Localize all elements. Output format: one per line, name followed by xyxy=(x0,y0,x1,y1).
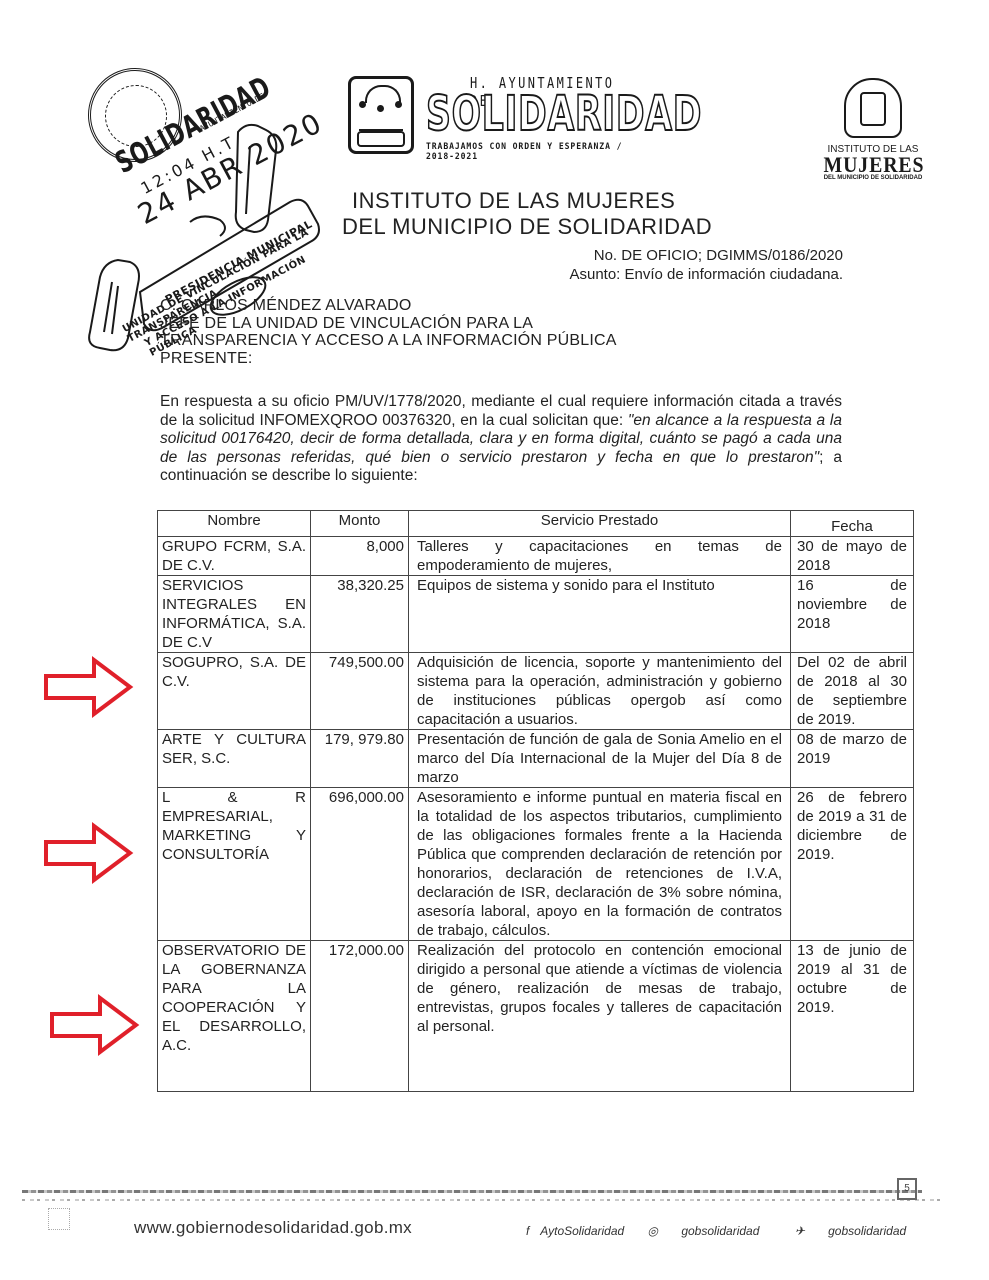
footer-divider-secondary xyxy=(22,1199,942,1201)
oficio-number: No. DE OFICIO; DGIMMS/0186/2020 xyxy=(569,246,843,265)
table-row: SOGUPRO, S.A. DE C.V.749,500.00Adquisici… xyxy=(158,653,914,730)
recipient-title-line1: JEFE DE LA UNIDAD DE VINCULACIÓN PARA LA xyxy=(160,315,617,333)
recipient-greeting: PRESENTE: xyxy=(160,350,617,368)
cell-servicio: Asesoramiento e informe puntual en mater… xyxy=(409,788,791,941)
institute-logo-line2: MUJERES xyxy=(824,155,923,175)
cell-monto: 172,000.00 xyxy=(311,941,409,1092)
table-header-row: Nombre Monto Servicio Prestado Fecha xyxy=(158,511,914,537)
table-row: GRUPO FCRM, S.A. DE C.V.8,000Talleres y … xyxy=(158,537,914,576)
column-header-nombre: Nombre xyxy=(158,511,311,537)
cell-monto: 38,320.25 xyxy=(311,576,409,653)
column-header-monto: Monto xyxy=(311,511,409,537)
footer-social-links: f AytoSolidaridad ◎ gobsolidaridad ✈ gob… xyxy=(526,1224,930,1238)
facebook-link[interactable]: f AytoSolidaridad xyxy=(526,1224,624,1238)
institute-title-line1: INSTITUTO DE LAS MUJERES xyxy=(352,188,712,214)
red-arrow-icon xyxy=(42,822,134,884)
institute-glyph-icon xyxy=(844,78,902,138)
institute-title-line2: DEL MUNICIPIO DE SOLIDARIDAD xyxy=(342,214,712,240)
column-header-fecha: Fecha xyxy=(791,511,914,537)
recipient-name: C. CARLOS MÉNDEZ ALVARADO xyxy=(160,297,617,315)
cell-fecha: 16 de noviembre de 2018 xyxy=(791,576,914,653)
municipality-name: SOLIDARIDAD xyxy=(426,90,702,138)
cell-monto: 179, 979.80 xyxy=(311,730,409,788)
oficio-block: No. DE OFICIO; DGIMMS/0186/2020 Asunto: … xyxy=(569,246,843,284)
cell-fecha: Del 02 de abril de 2018 al 30 de septiem… xyxy=(791,653,914,730)
oficio-subject: Asunto: Envío de información ciudadana. xyxy=(569,265,843,284)
red-arrow-icon xyxy=(48,994,140,1056)
institute-title: INSTITUTO DE LAS MUJERES DEL MUNICIPIO D… xyxy=(352,188,712,240)
instagram-handle: gobsolidaridad xyxy=(681,1224,759,1238)
table-row: L & R EMPRESARIAL, MARKETING Y CONSULTOR… xyxy=(158,788,914,941)
payments-table: Nombre Monto Servicio Prestado Fecha GRU… xyxy=(157,510,914,1092)
cell-nombre: OBSERVATORIO DE LA GOBERNANZA PARA LA CO… xyxy=(158,941,311,1092)
recipient-block: C. CARLOS MÉNDEZ ALVARADO JEFE DE LA UNI… xyxy=(160,297,617,367)
cell-nombre: SERVICIOS INTEGRALES EN INFORMÁTICA, S.A… xyxy=(158,576,311,653)
cell-nombre: L & R EMPRESARIAL, MARKETING Y CONSULTOR… xyxy=(158,788,311,941)
instagram-link[interactable]: ◎ gobsolidaridad xyxy=(648,1224,772,1238)
twitter-handle: gobsolidaridad xyxy=(828,1224,906,1238)
cell-monto: 696,000.00 xyxy=(311,788,409,941)
cell-servicio: Talleres y capacitaciones en temas de em… xyxy=(409,537,791,576)
cell-monto: 749,500.00 xyxy=(311,653,409,730)
cell-nombre: GRUPO FCRM, S.A. DE C.V. xyxy=(158,537,311,576)
mayan-glyph-icon xyxy=(348,76,414,154)
cell-nombre: SOGUPRO, S.A. DE C.V. xyxy=(158,653,311,730)
cell-fecha: 13 de junio de 2019 al 31 de octubre de … xyxy=(791,941,914,1092)
footer-divider xyxy=(22,1190,922,1193)
cell-nombre: ARTE Y CULTURA SER, S.C. xyxy=(158,730,311,788)
cell-fecha: 08 de marzo de 2019 xyxy=(791,730,914,788)
recipient-title-line2: TRANSPARENCIA Y ACCESO A LA INFORMACIÓN … xyxy=(160,332,617,350)
twitter-link[interactable]: ✈ gobsolidaridad xyxy=(795,1224,918,1238)
cell-servicio: Presentación de función de gala de Sonia… xyxy=(409,730,791,788)
page-number-mark: 5 xyxy=(897,1178,917,1200)
cell-servicio: Adquisición de licencia, soporte y mante… xyxy=(409,653,791,730)
instagram-icon: ◎ xyxy=(648,1224,670,1238)
body-paragraph: En respuesta a su oficio PM/UV/1778/2020… xyxy=(160,393,842,486)
cell-monto: 8,000 xyxy=(311,537,409,576)
table-row: ARTE Y CULTURA SER, S.C.179, 979.80Prese… xyxy=(158,730,914,788)
table-row: SERVICIOS INTEGRALES EN INFORMÁTICA, S.A… xyxy=(158,576,914,653)
footer-emblem-icon xyxy=(48,1208,70,1230)
footer-website-link[interactable]: www.gobiernodesolidaridad.gob.mx xyxy=(134,1218,412,1238)
column-header-servicio: Servicio Prestado xyxy=(409,511,791,537)
cell-servicio: Equipos de sistema y sonido para el Inst… xyxy=(409,576,791,653)
red-arrow-icon xyxy=(42,656,134,718)
cell-fecha: 30 de mayo de 2018 xyxy=(791,537,914,576)
twitter-icon: ✈ xyxy=(795,1224,816,1238)
cell-servicio: Realización del protocolo en contención … xyxy=(409,941,791,1092)
municipality-logo: H. AYUNTAMIENTO DE SOLIDARIDAD TRABAJAMO… xyxy=(348,72,668,158)
institute-logo: INSTITUTO DE LAS MUJERES DEL MUNICIPIO D… xyxy=(818,78,928,196)
cell-fecha: 26 de febrero de 2019 a 31 de diciembre … xyxy=(791,788,914,941)
municipality-tagline: TRABAJAMOS CON ORDEN Y ESPERANZA / 2018-… xyxy=(426,142,644,162)
table-row: OBSERVATORIO DE LA GOBERNANZA PARA LA CO… xyxy=(158,941,914,1092)
